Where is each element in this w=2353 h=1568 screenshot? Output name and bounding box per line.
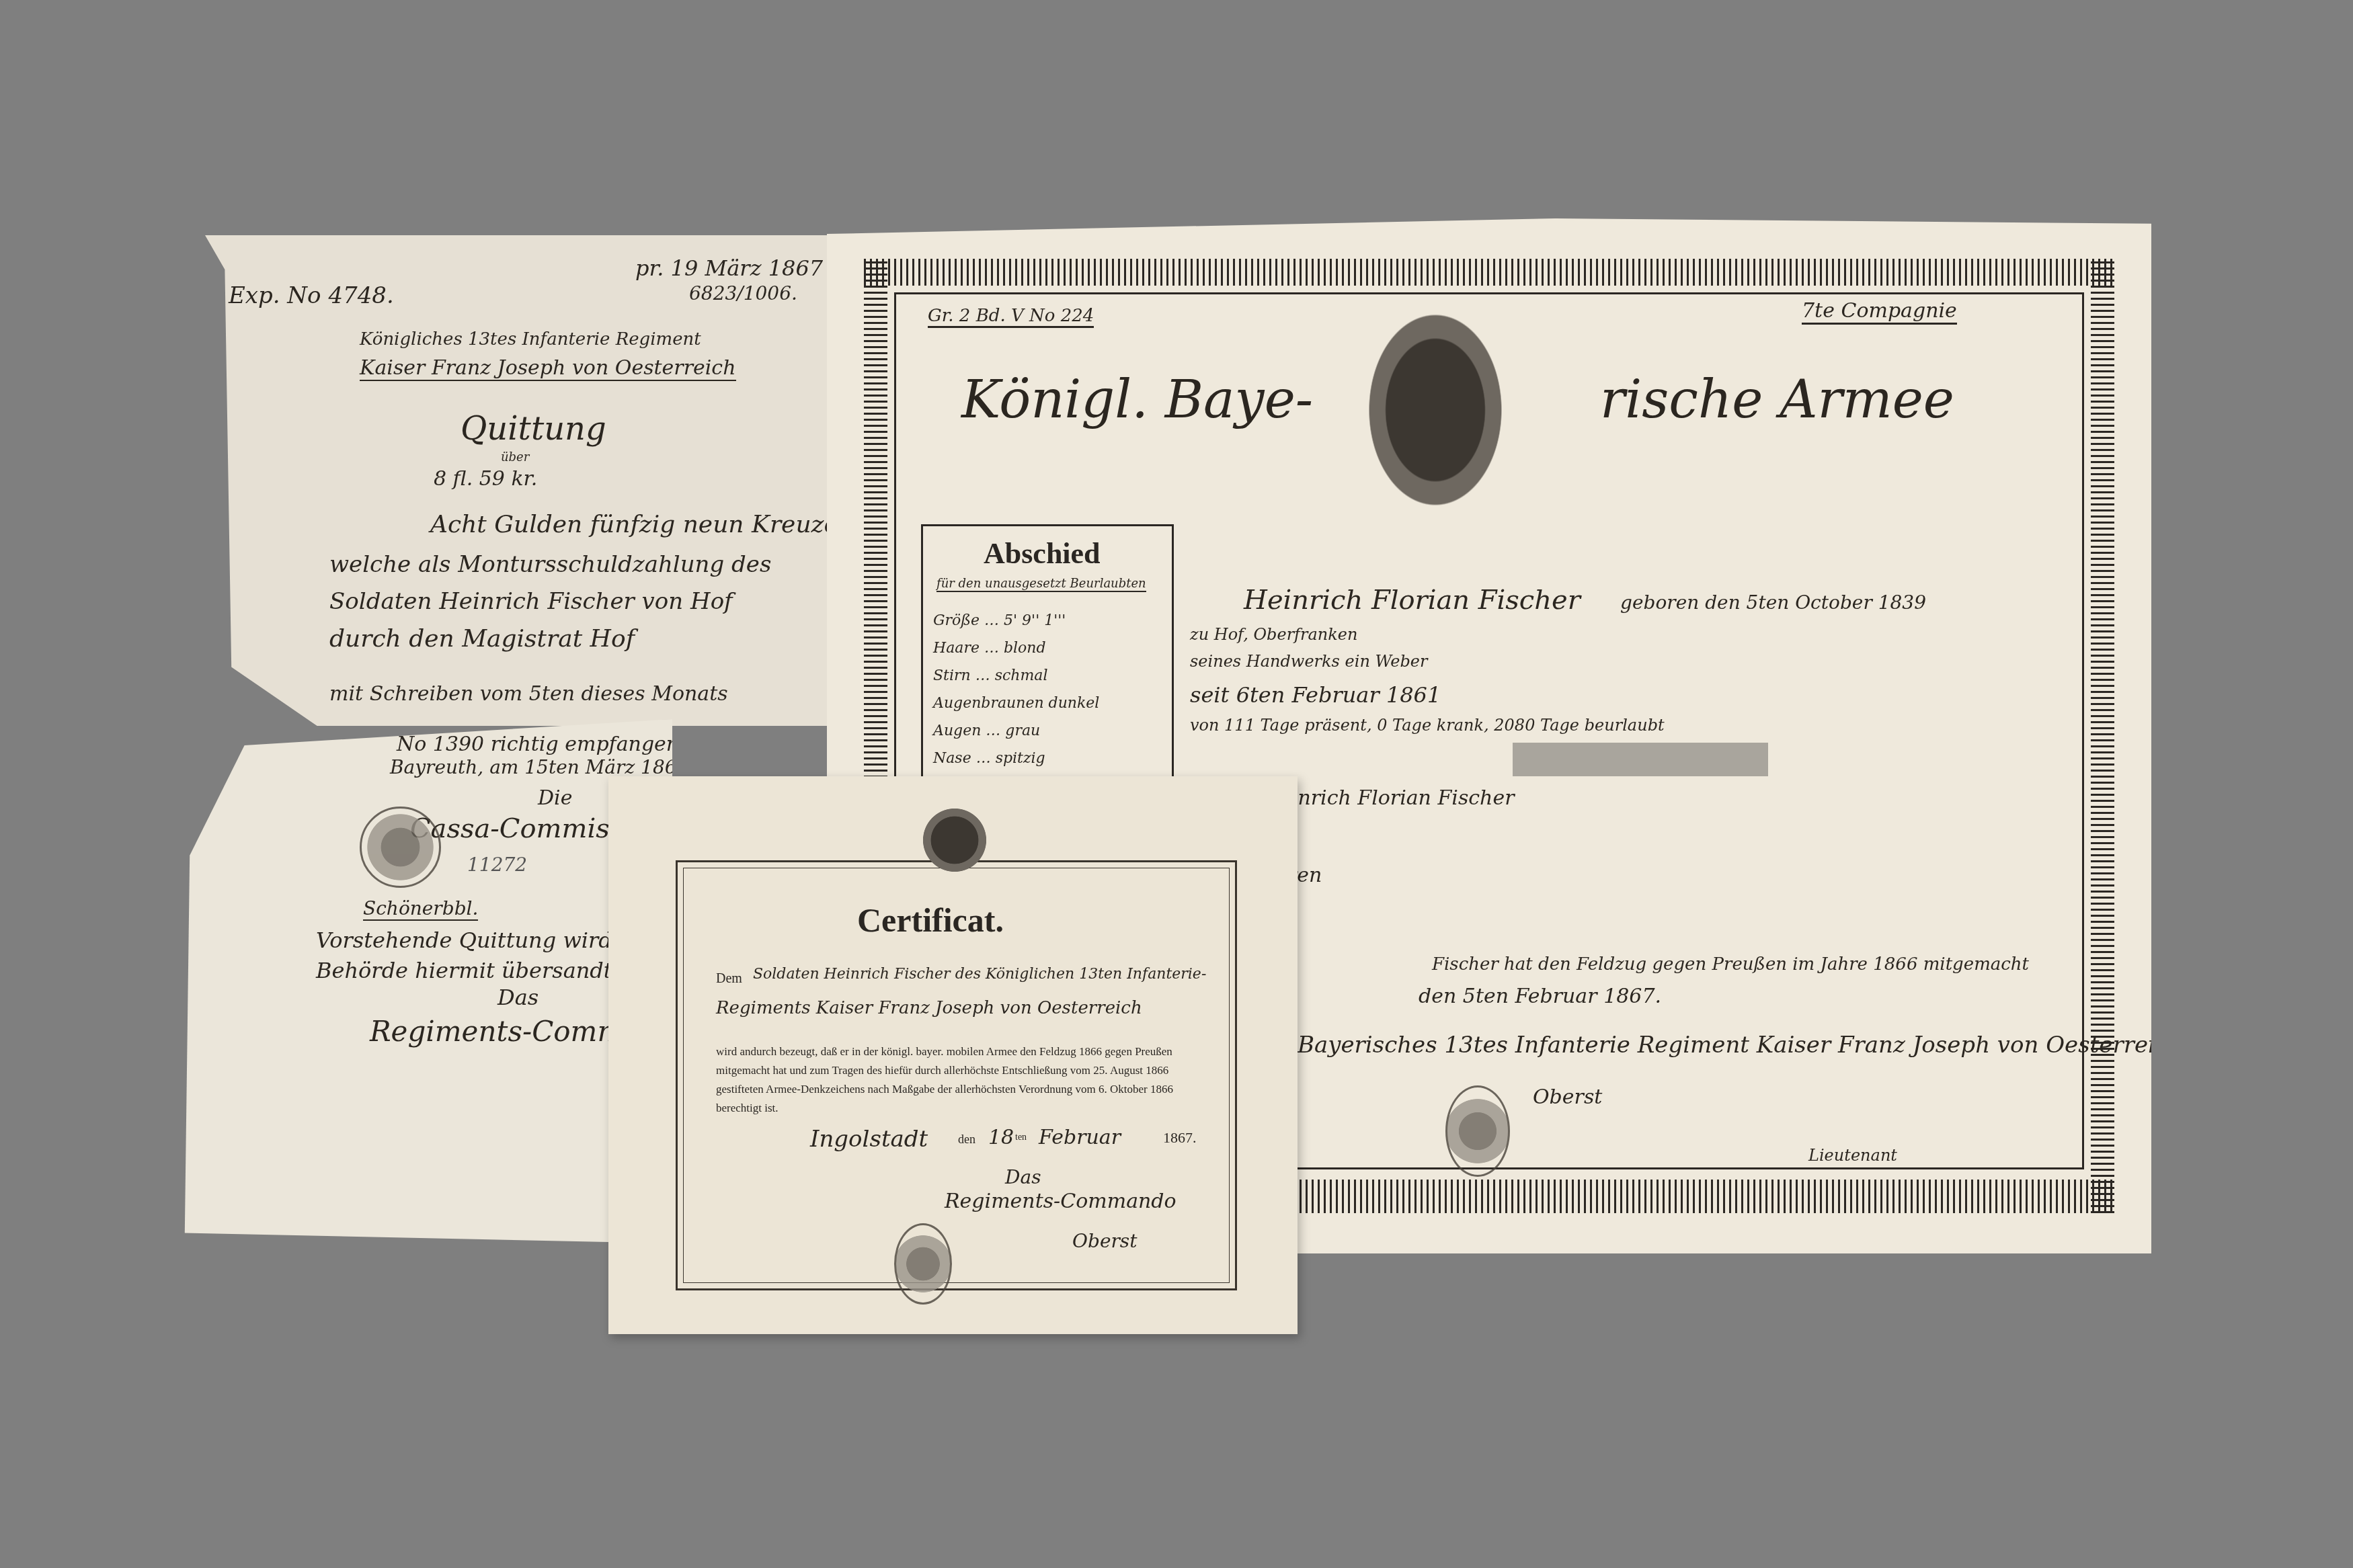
field-row: Haare … blond [933, 634, 1099, 662]
redacted-strike [1513, 743, 1768, 776]
heading-koenigl-baye: Königl. Baye- [961, 370, 1313, 430]
quittung-line6: No 1390 richtig empfangen hat. [397, 733, 725, 756]
certificat-title: Certificat. [857, 901, 1004, 940]
quittung-line4: durch den Magistrat Hof [329, 625, 635, 653]
month: Februar [1039, 1126, 1121, 1149]
soldier-name: Heinrich Florian Fischer [1244, 585, 1581, 616]
quittung-lower-fold: No 1390 richtig empfangen hat. Bayreuth,… [175, 719, 672, 1243]
signature-scribble: 11272 [467, 854, 527, 876]
regiment-seal-stamp [894, 1223, 952, 1305]
quittung-line1: Acht Gulden fünfzig neun Kreuzer [430, 511, 850, 538]
recipient-line2: Regiments Kaiser Franz Joseph von Oester… [716, 998, 1142, 1018]
amount: 8 fl. 59 kr. [434, 467, 537, 491]
top-border-hatch [864, 259, 2114, 286]
year: 1867. [1163, 1129, 1197, 1147]
day: 18 [988, 1126, 1014, 1149]
uber-text: über [501, 450, 529, 464]
regiment-line2: Kaiser Franz Joseph von Oesterreich [360, 356, 736, 381]
description-fields: Größe … 5' 9'' 1''' Haare … blond Stirn … [933, 607, 1099, 800]
bavarian-seal-stamp [360, 807, 441, 888]
field-row: Nase … spitzig [933, 745, 1099, 772]
right-border-hatch [2091, 259, 2114, 1213]
quittung-line2: welche als Montursschuldzahlung des [329, 551, 771, 578]
abschied-box: Abschied für den unausgesetzt Beurlaubte… [921, 524, 1174, 811]
quittung-line5: mit Schreiben vom 5ten dieses Monats [329, 682, 728, 706]
colonel-signature: Oberst [1533, 1085, 1602, 1109]
heading-rische-armee: rische Armee [1600, 370, 1954, 430]
trade: seines Handwerks ein Weber [1190, 652, 1427, 671]
field-row: Augen … grau [933, 717, 1099, 745]
note-line2: Behörde hiermit übersandt [316, 958, 612, 983]
signoff-das: Das [1005, 1166, 1041, 1188]
abschied-subtitle: für den unausgesetzt Beurlaubten [936, 577, 1146, 592]
field-row: Größe … 5' 9'' 1''' [933, 607, 1099, 634]
place-date: Bayreuth, am 15ten März 1867 [390, 756, 688, 778]
date-ref: pr. 19 März 1867 [635, 255, 823, 281]
file-ref: 6823/1006. [689, 282, 797, 304]
company: 7te Compagnie [1802, 299, 1957, 325]
recipient-line1: Soldaten Heinrich Fischer des Königliche… [753, 966, 1206, 983]
field-row: Stirn … schmal [933, 662, 1099, 690]
signoff-das: Das [497, 985, 539, 1010]
signature-schoener: Schönerbbl. [363, 897, 478, 921]
quittung-title: Quittung [461, 410, 606, 448]
field-row: Augenbraunen dunkel [933, 690, 1099, 717]
regiment-line1: Königliches 13tes Infanterie Regiment [360, 329, 701, 349]
body-line3: gestifteten Armee-Denkzeichens nach Maßg… [716, 1083, 1173, 1096]
abschied-title: Abschied [984, 536, 1101, 571]
dem-prefix: Dem [716, 971, 742, 987]
body-line1: wird andurch bezeugt, daß er in der köni… [716, 1045, 1172, 1059]
body-line2: mitgemacht hat und zum Tragen des hiefür… [716, 1064, 1168, 1077]
body-line4: berechtigt ist. [716, 1102, 779, 1115]
regiment-seal-stamp [1445, 1085, 1510, 1177]
date-issued: den 5ten Februar 1867. [1419, 985, 1661, 1008]
certificat-document: Certificat. Dem Soldaten Heinrich Fische… [608, 776, 1298, 1334]
regiments-commando: Regiments-Commando [945, 1190, 1176, 1213]
note-line1: Vorstehende Quittung wird [316, 927, 612, 953]
birthplace: zu Hof, Oberfranken [1190, 625, 1357, 644]
lieutenant-signature: Lieutenant [1808, 1146, 1897, 1165]
signoff-die: Die [538, 786, 572, 810]
exp-number: Exp. No 4748. [229, 282, 394, 309]
document-ref: Gr. 2 Bd. V No 224 [928, 306, 1094, 328]
place: Ingolstadt [810, 1126, 928, 1153]
regiment-name: Bayerisches 13tes Infanterie Regiment Ka… [1298, 1032, 2183, 1059]
service-start: seit 6ten Februar 1861 [1190, 682, 1441, 708]
quittung-receipt: Exp. No 4748. pr. 19 März 1867 6823/1006… [205, 235, 864, 726]
service-record: von 111 Tage präsent, 0 Tage krank, 2080… [1190, 716, 1665, 735]
bavarian-coat-of-arms [1358, 299, 1513, 521]
ten-suffix: ten [1015, 1132, 1027, 1143]
colonel-signature: Oberst [1072, 1230, 1137, 1252]
bavarian-crest [918, 803, 992, 877]
den-label: den [958, 1132, 975, 1147]
campaign-note: Fischer hat den Feldzug gegen Preußen im… [1432, 954, 2029, 975]
quittung-line3: Soldaten Heinrich Fischer von Hof [329, 588, 733, 615]
birth-date: geboren den 5ten October 1839 [1620, 591, 1926, 614]
